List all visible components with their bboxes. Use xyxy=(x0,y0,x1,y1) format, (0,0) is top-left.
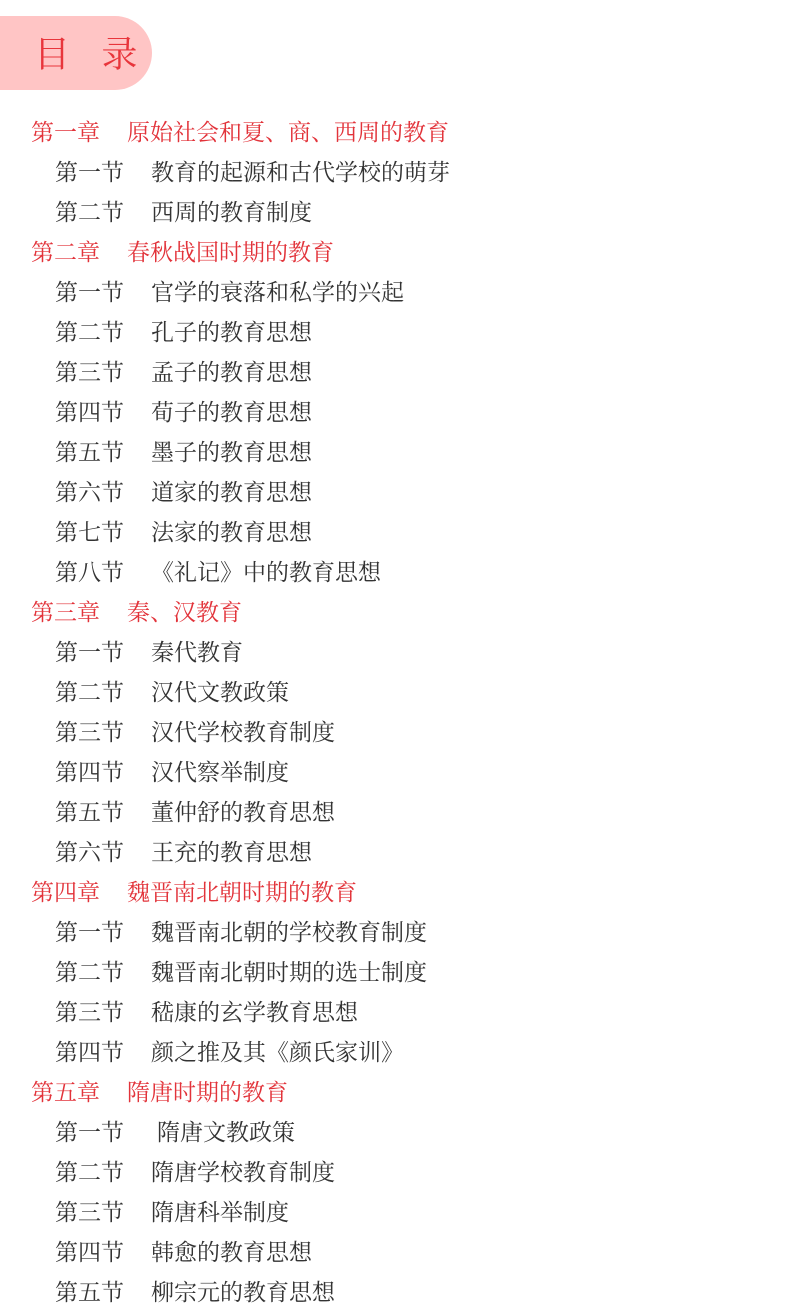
section-number: 第四节 xyxy=(55,393,124,433)
chapter-4-section-4[interactable]: 第四节 颜之推及其《颜氏家训》 xyxy=(0,1033,790,1073)
chapter-2-section-2[interactable]: 第二节 孔子的教育思想 xyxy=(0,313,790,353)
chapter-3-section-5[interactable]: 第五节 董仲舒的教育思想 xyxy=(0,793,790,833)
section-number: 第一节 xyxy=(55,1113,124,1153)
chapter-2-section-7[interactable]: 第七节 法家的教育思想 xyxy=(0,513,790,553)
section-number: 第二节 xyxy=(55,313,124,353)
section-title: 韩愈的教育思想 xyxy=(151,1233,312,1273)
chapter-title: 秦、汉教育 xyxy=(127,593,242,633)
chapter-3-section-6[interactable]: 第六节 王充的教育思想 xyxy=(0,833,790,873)
section-number: 第四节 xyxy=(55,753,124,793)
chapter-number: 第一章 xyxy=(31,113,100,153)
section-title: 教育的起源和古代学校的萌芽 xyxy=(151,153,450,193)
chapter-2[interactable]: 第二章 春秋战国时期的教育 xyxy=(0,233,790,273)
chapter-2-section-4[interactable]: 第四节 荀子的教育思想 xyxy=(0,393,790,433)
chapter-3-section-1[interactable]: 第一节 秦代教育 xyxy=(0,633,790,673)
section-number: 第二节 xyxy=(55,1153,124,1193)
section-title: 柳宗元的教育思想 xyxy=(151,1273,335,1313)
chapter-number: 第二章 xyxy=(31,233,100,273)
section-number: 第三节 xyxy=(55,1193,124,1233)
section-title: 孟子的教育思想 xyxy=(151,353,312,393)
chapter-title: 魏晋南北朝时期的教育 xyxy=(127,873,357,913)
section-title: 隋唐文教政策 xyxy=(157,1113,295,1153)
section-title: 秦代教育 xyxy=(151,633,243,673)
chapter-2-section-5[interactable]: 第五节 墨子的教育思想 xyxy=(0,433,790,473)
section-title: 《礼记》中的教育思想 xyxy=(151,553,381,593)
section-number: 第一节 xyxy=(55,153,124,193)
section-number: 第一节 xyxy=(55,633,124,673)
section-number: 第一节 xyxy=(55,913,124,953)
section-number: 第五节 xyxy=(55,1273,124,1313)
chapter-1-section-1[interactable]: 第一节 教育的起源和古代学校的萌芽 xyxy=(0,153,790,193)
chapter-number: 第四章 xyxy=(31,873,100,913)
section-title: 官学的衰落和私学的兴起 xyxy=(151,273,404,313)
section-title: 隋唐学校教育制度 xyxy=(151,1153,335,1193)
chapter-2-section-1[interactable]: 第一节 官学的衰落和私学的兴起 xyxy=(0,273,790,313)
section-number: 第四节 xyxy=(55,1233,124,1273)
section-title: 墨子的教育思想 xyxy=(151,433,312,473)
section-title: 道家的教育思想 xyxy=(151,473,312,513)
section-title: 汉代察举制度 xyxy=(151,753,289,793)
section-number: 第八节 xyxy=(55,553,124,593)
section-number: 第五节 xyxy=(55,433,124,473)
chapter-5-section-3[interactable]: 第三节 隋唐科举制度 xyxy=(0,1193,790,1233)
table-of-contents: 第一章 原始社会和夏、商、西周的教育 第一节 教育的起源和古代学校的萌芽 第二节… xyxy=(0,113,790,1313)
section-title: 汉代学校教育制度 xyxy=(151,713,335,753)
chapter-title: 原始社会和夏、商、西周的教育 xyxy=(127,113,449,153)
section-number: 第六节 xyxy=(55,473,124,513)
toc-header-pill: 目 录 xyxy=(0,16,152,90)
chapter-2-section-6[interactable]: 第六节 道家的教育思想 xyxy=(0,473,790,513)
section-number: 第三节 xyxy=(55,713,124,753)
chapter-1-section-2[interactable]: 第二节 西周的教育制度 xyxy=(0,193,790,233)
section-number: 第三节 xyxy=(55,353,124,393)
section-number: 第五节 xyxy=(55,793,124,833)
section-title: 董仲舒的教育思想 xyxy=(151,793,335,833)
chapter-4[interactable]: 第四章 魏晋南北朝时期的教育 xyxy=(0,873,790,913)
section-title: 孔子的教育思想 xyxy=(151,313,312,353)
chapter-5-section-1[interactable]: 第一节 隋唐文教政策 xyxy=(0,1113,790,1153)
section-title: 西周的教育制度 xyxy=(151,193,312,233)
chapter-2-section-8[interactable]: 第八节 《礼记》中的教育思想 xyxy=(0,553,790,593)
chapter-1[interactable]: 第一章 原始社会和夏、商、西周的教育 xyxy=(0,113,790,153)
page-title: 目 录 xyxy=(34,26,147,77)
chapter-3-section-4[interactable]: 第四节 汉代察举制度 xyxy=(0,753,790,793)
chapter-title: 春秋战国时期的教育 xyxy=(127,233,334,273)
section-number: 第六节 xyxy=(55,833,124,873)
chapter-2-section-3[interactable]: 第三节 孟子的教育思想 xyxy=(0,353,790,393)
chapter-3[interactable]: 第三章 秦、汉教育 xyxy=(0,593,790,633)
section-title: 隋唐科举制度 xyxy=(151,1193,289,1233)
section-title: 汉代文教政策 xyxy=(151,673,289,713)
chapter-5-section-4[interactable]: 第四节 韩愈的教育思想 xyxy=(0,1233,790,1273)
chapter-3-section-2[interactable]: 第二节 汉代文教政策 xyxy=(0,673,790,713)
section-number: 第一节 xyxy=(55,273,124,313)
chapter-5-section-2[interactable]: 第二节 隋唐学校教育制度 xyxy=(0,1153,790,1193)
section-title: 魏晋南北朝的学校教育制度 xyxy=(151,913,427,953)
chapter-5[interactable]: 第五章 隋唐时期的教育 xyxy=(0,1073,790,1113)
section-title: 嵇康的玄学教育思想 xyxy=(151,993,358,1033)
chapter-number: 第三章 xyxy=(31,593,100,633)
section-title: 王充的教育思想 xyxy=(151,833,312,873)
chapter-3-section-3[interactable]: 第三节 汉代学校教育制度 xyxy=(0,713,790,753)
section-number: 第二节 xyxy=(55,193,124,233)
section-number: 第二节 xyxy=(55,673,124,713)
section-title: 法家的教育思想 xyxy=(151,513,312,553)
chapter-5-section-5[interactable]: 第五节 柳宗元的教育思想 xyxy=(0,1273,790,1313)
section-title: 颜之推及其《颜氏家训》 xyxy=(151,1033,404,1073)
section-number: 第二节 xyxy=(55,953,124,993)
section-title: 魏晋南北朝时期的选士制度 xyxy=(151,953,427,993)
chapter-number: 第五章 xyxy=(31,1073,100,1113)
chapter-4-section-2[interactable]: 第二节 魏晋南北朝时期的选士制度 xyxy=(0,953,790,993)
section-number: 第三节 xyxy=(55,993,124,1033)
chapter-title: 隋唐时期的教育 xyxy=(127,1073,288,1113)
section-number: 第四节 xyxy=(55,1033,124,1073)
section-title: 荀子的教育思想 xyxy=(151,393,312,433)
chapter-4-section-1[interactable]: 第一节 魏晋南北朝的学校教育制度 xyxy=(0,913,790,953)
section-number: 第七节 xyxy=(55,513,124,553)
chapter-4-section-3[interactable]: 第三节 嵇康的玄学教育思想 xyxy=(0,993,790,1033)
